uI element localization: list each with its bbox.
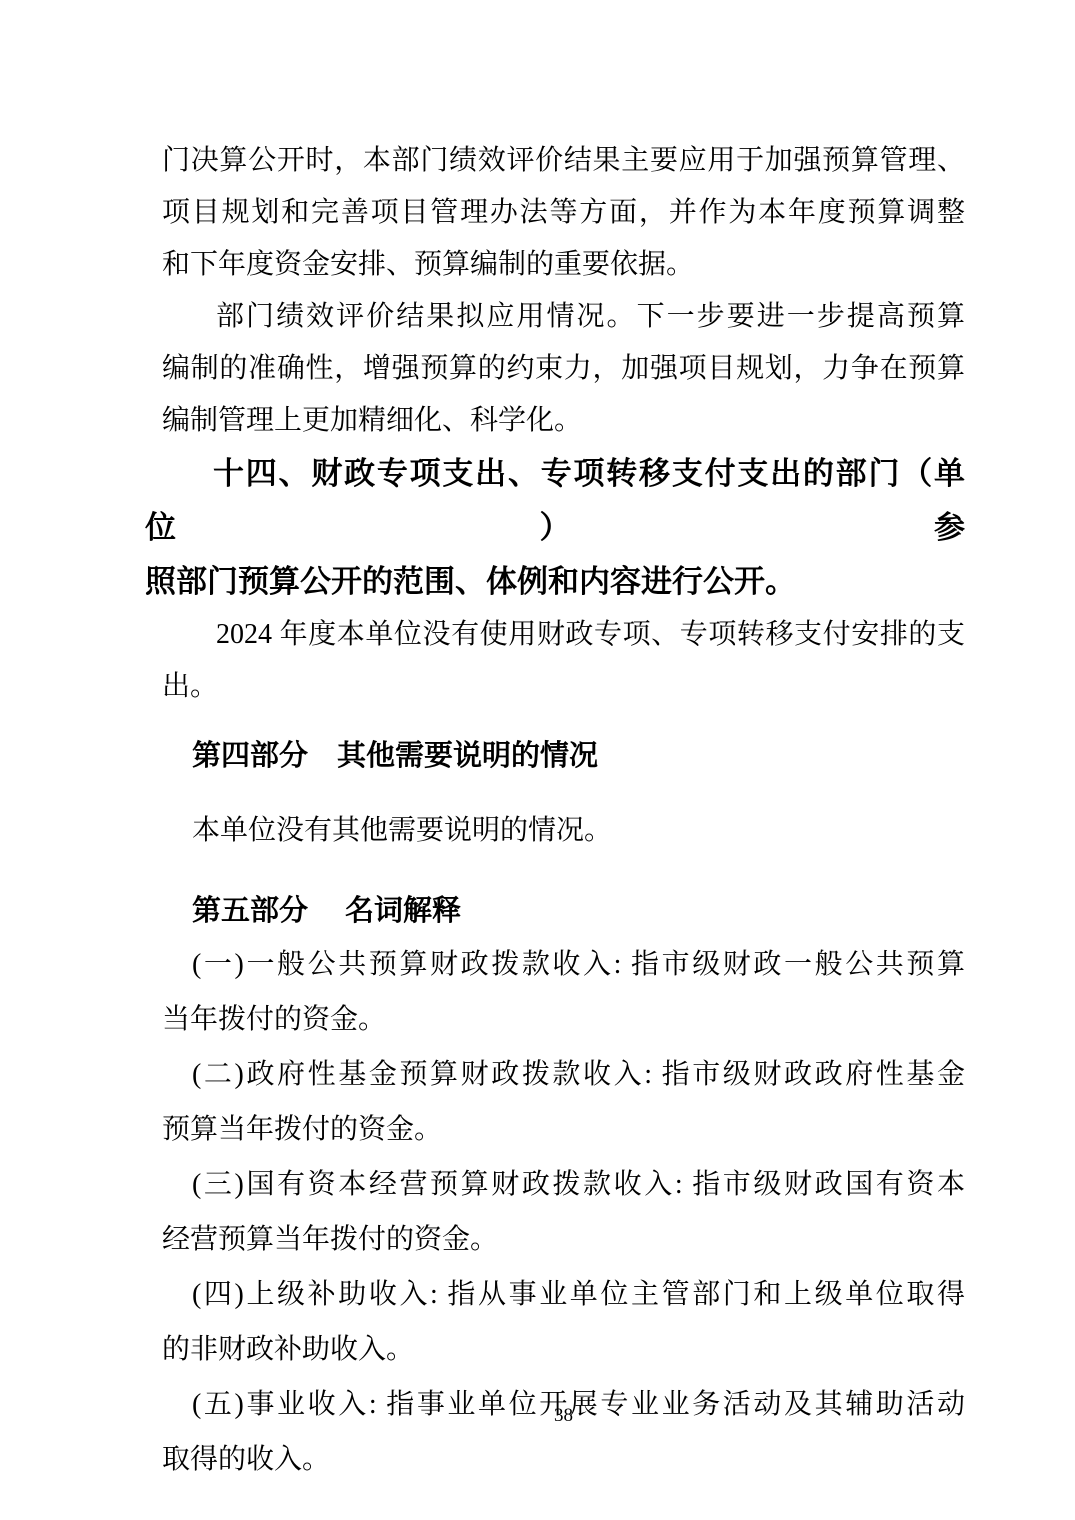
part4-body-paragraph: 本单位没有其他需要说明的情况。	[162, 805, 965, 857]
text-line: 本单位没有其他需要说明的情况。	[162, 805, 965, 857]
text-line: 照部门预算公开的范围、体例和内容进行公开。	[145, 555, 965, 609]
term-definition-5: (五)事业收入: 指事业单位开展专业业务活动及其辅助活动 取得的收入。	[162, 1377, 965, 1487]
text-line: 编制管理上更加精细化、科学化。	[162, 395, 965, 447]
text-line: 部门绩效评价结果拟应用情况。下一步要进一步提高预算	[162, 291, 965, 343]
text-line: 经营预算当年拨付的资金。	[162, 1212, 965, 1267]
part5-heading: 第五部分 名词解释	[162, 885, 965, 937]
text-line: 出。	[162, 661, 965, 713]
term-definition-2: (二)政府性基金预算财政拨款收入: 指市级财政政府性基金 预算当年拨付的资金。	[162, 1047, 965, 1157]
text-line: 2024 年度本单位没有使用财政专项、专项转移支付安排的支	[162, 609, 965, 661]
term-definition-1: (一)一般公共预算财政拨款收入: 指市级财政一般公共预算 当年拨付的资金。	[162, 937, 965, 1047]
text-line: 和下年度资金安排、预算编制的重要依据。	[162, 239, 965, 291]
text-line: 项目规划和完善项目管理办法等方面，并作为本年度预算调整	[162, 187, 965, 239]
text-line: 门决算公开时，本部门绩效评价结果主要应用于加强预算管理、	[162, 135, 965, 187]
text-line: 取得的收入。	[162, 1432, 965, 1487]
term-definition-3: (三)国有资本经营预算财政拨款收入: 指市级财政国有资本 经营预算当年拨付的资金…	[162, 1157, 965, 1267]
text-line: (四)上级补助收入: 指从事业单位主管部门和上级单位取得	[162, 1267, 965, 1322]
part4-heading: 第四部分 其他需要说明的情况	[162, 730, 965, 782]
text-line: (一)一般公共预算财政拨款收入: 指市级财政一般公共预算	[162, 937, 965, 992]
text-line: (三)国有资本经营预算财政拨款收入: 指市级财政国有资本	[162, 1157, 965, 1212]
paragraph-continuation: 门决算公开时，本部门绩效评价结果主要应用于加强预算管理、 项目规划和完善项目管理…	[162, 135, 965, 291]
page-number: 38	[162, 1404, 965, 1428]
text-line: 当年拨付的资金。	[162, 992, 965, 1047]
document-page: 门决算公开时，本部门绩效评价结果主要应用于加强预算管理、 项目规划和完善项目管理…	[0, 0, 1075, 1520]
paragraph-no-special-funds: 2024 年度本单位没有使用财政专项、专项转移支付安排的支 出。	[162, 609, 965, 713]
text-line: 十四、财政专项支出、专项转移支付支出的部门（单位）参	[145, 447, 965, 555]
document-body: 门决算公开时，本部门绩效评价结果主要应用于加强预算管理、 项目规划和完善项目管理…	[162, 135, 965, 1487]
section14-heading-paragraph: 十四、财政专项支出、专项转移支付支出的部门（单位）参 照部门预算公开的范围、体例…	[145, 447, 965, 609]
text-line: (二)政府性基金预算财政拨款收入: 指市级财政政府性基金	[162, 1047, 965, 1102]
text-line: 的非财政补助收入。	[162, 1322, 965, 1377]
text-line: 预算当年拨付的资金。	[162, 1102, 965, 1157]
term-definition-4: (四)上级补助收入: 指从事业单位主管部门和上级单位取得 的非财政补助收入。	[162, 1267, 965, 1377]
text-line: 编制的准确性，增强预算的约束力，加强项目规划，力争在预算	[162, 343, 965, 395]
paragraph-performance-application: 部门绩效评价结果拟应用情况。下一步要进一步提高预算 编制的准确性，增强预算的约束…	[162, 291, 965, 447]
